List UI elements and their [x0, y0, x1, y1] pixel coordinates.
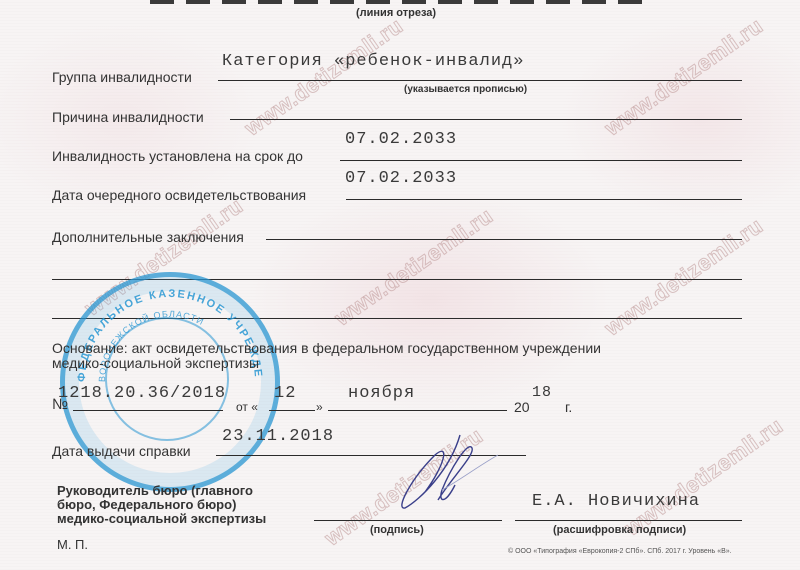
disability-group-value: Категория «ребенок-инвалид» — [222, 52, 524, 71]
act-number-line — [73, 410, 223, 411]
signatory-name-value: Е.А. Новичихина — [532, 492, 700, 511]
signatory-title-line-1: Руководитель бюро (главного — [57, 484, 266, 498]
act-number-value: 1218.20.36/2018 — [58, 384, 226, 403]
signatory-name-caption: (расшифровка подписи) — [553, 524, 686, 536]
act-day-value: 12 — [274, 384, 296, 403]
printer-footer: © ООО «Типография «Еврокопия-2 СПб». СПб… — [508, 548, 732, 555]
established-until-label: Инвалидность установлена на срок до — [52, 148, 303, 164]
basis-text-line-2: медико-социальной экспертизы — [52, 356, 601, 371]
certificate-page: www.detizemli.ru www.detizemli.ru www.de… — [0, 0, 800, 570]
established-until-value: 07.02.2033 — [345, 130, 457, 149]
official-stamp: ФЕДЕРАЛЬНОЕ КАЗЕННОЕ УЧРЕЖДЕНИЕ ВОРОНЕЖС… — [60, 272, 280, 492]
seal-place-label: М. П. — [57, 537, 88, 552]
act-date-close: » — [316, 400, 323, 414]
watermark: www.detizemli.ru — [620, 413, 788, 541]
watermark: www.detizemli.ru — [240, 13, 408, 141]
act-year-label: г. — [565, 399, 572, 415]
act-month-value: ноября — [348, 384, 415, 403]
act-month-line — [328, 410, 507, 411]
signature-line — [314, 520, 502, 521]
watermark: www.detizemli.ru — [600, 213, 768, 341]
signatory-name-line — [515, 520, 742, 521]
act-number-label: № — [52, 396, 68, 413]
issue-date-value: 23.11.2018 — [222, 427, 334, 446]
basis-text: Основание: акт освидетельствования в фед… — [52, 341, 601, 371]
next-examination-value: 07.02.2033 — [345, 169, 457, 188]
cut-line — [150, 0, 650, 4]
additional-conclusions-line — [266, 239, 742, 240]
cut-line-label: (линия отреза) — [356, 7, 436, 19]
disability-cause-line — [230, 119, 742, 120]
act-year-suffix: 18 — [532, 384, 552, 401]
act-day-line — [269, 410, 315, 411]
established-until-line — [340, 160, 742, 161]
disability-cause-label: Причина инвалидности — [52, 109, 204, 125]
act-year-prefix: 20 — [514, 399, 530, 415]
next-examination-label: Дата очередного освидетельствования — [52, 187, 306, 203]
signatory-title-line-3: медико-социальной экспертизы — [57, 512, 266, 526]
basis-text-line-1: Основание: акт освидетельствования в фед… — [52, 341, 601, 356]
signatory-title-line-2: бюро, Федерального бюро) — [57, 498, 266, 512]
issue-date-label: Дата выдачи справки — [52, 443, 191, 459]
disability-group-label: Группа инвалидности — [52, 69, 192, 85]
signature — [390, 430, 500, 510]
watermark: www.detizemli.ru — [600, 13, 768, 141]
act-date-from-label: от « — [236, 400, 258, 414]
signature-caption: (подпись) — [370, 524, 424, 536]
watermark: www.detizemli.ru — [330, 203, 498, 331]
additional-conclusions-label: Дополнительные заключения — [52, 229, 244, 245]
signatory-title: Руководитель бюро (главного бюро, Федера… — [57, 484, 266, 526]
disability-group-hint: (указывается прописью) — [404, 84, 527, 95]
disability-group-line — [218, 80, 742, 81]
next-examination-line — [346, 199, 742, 200]
